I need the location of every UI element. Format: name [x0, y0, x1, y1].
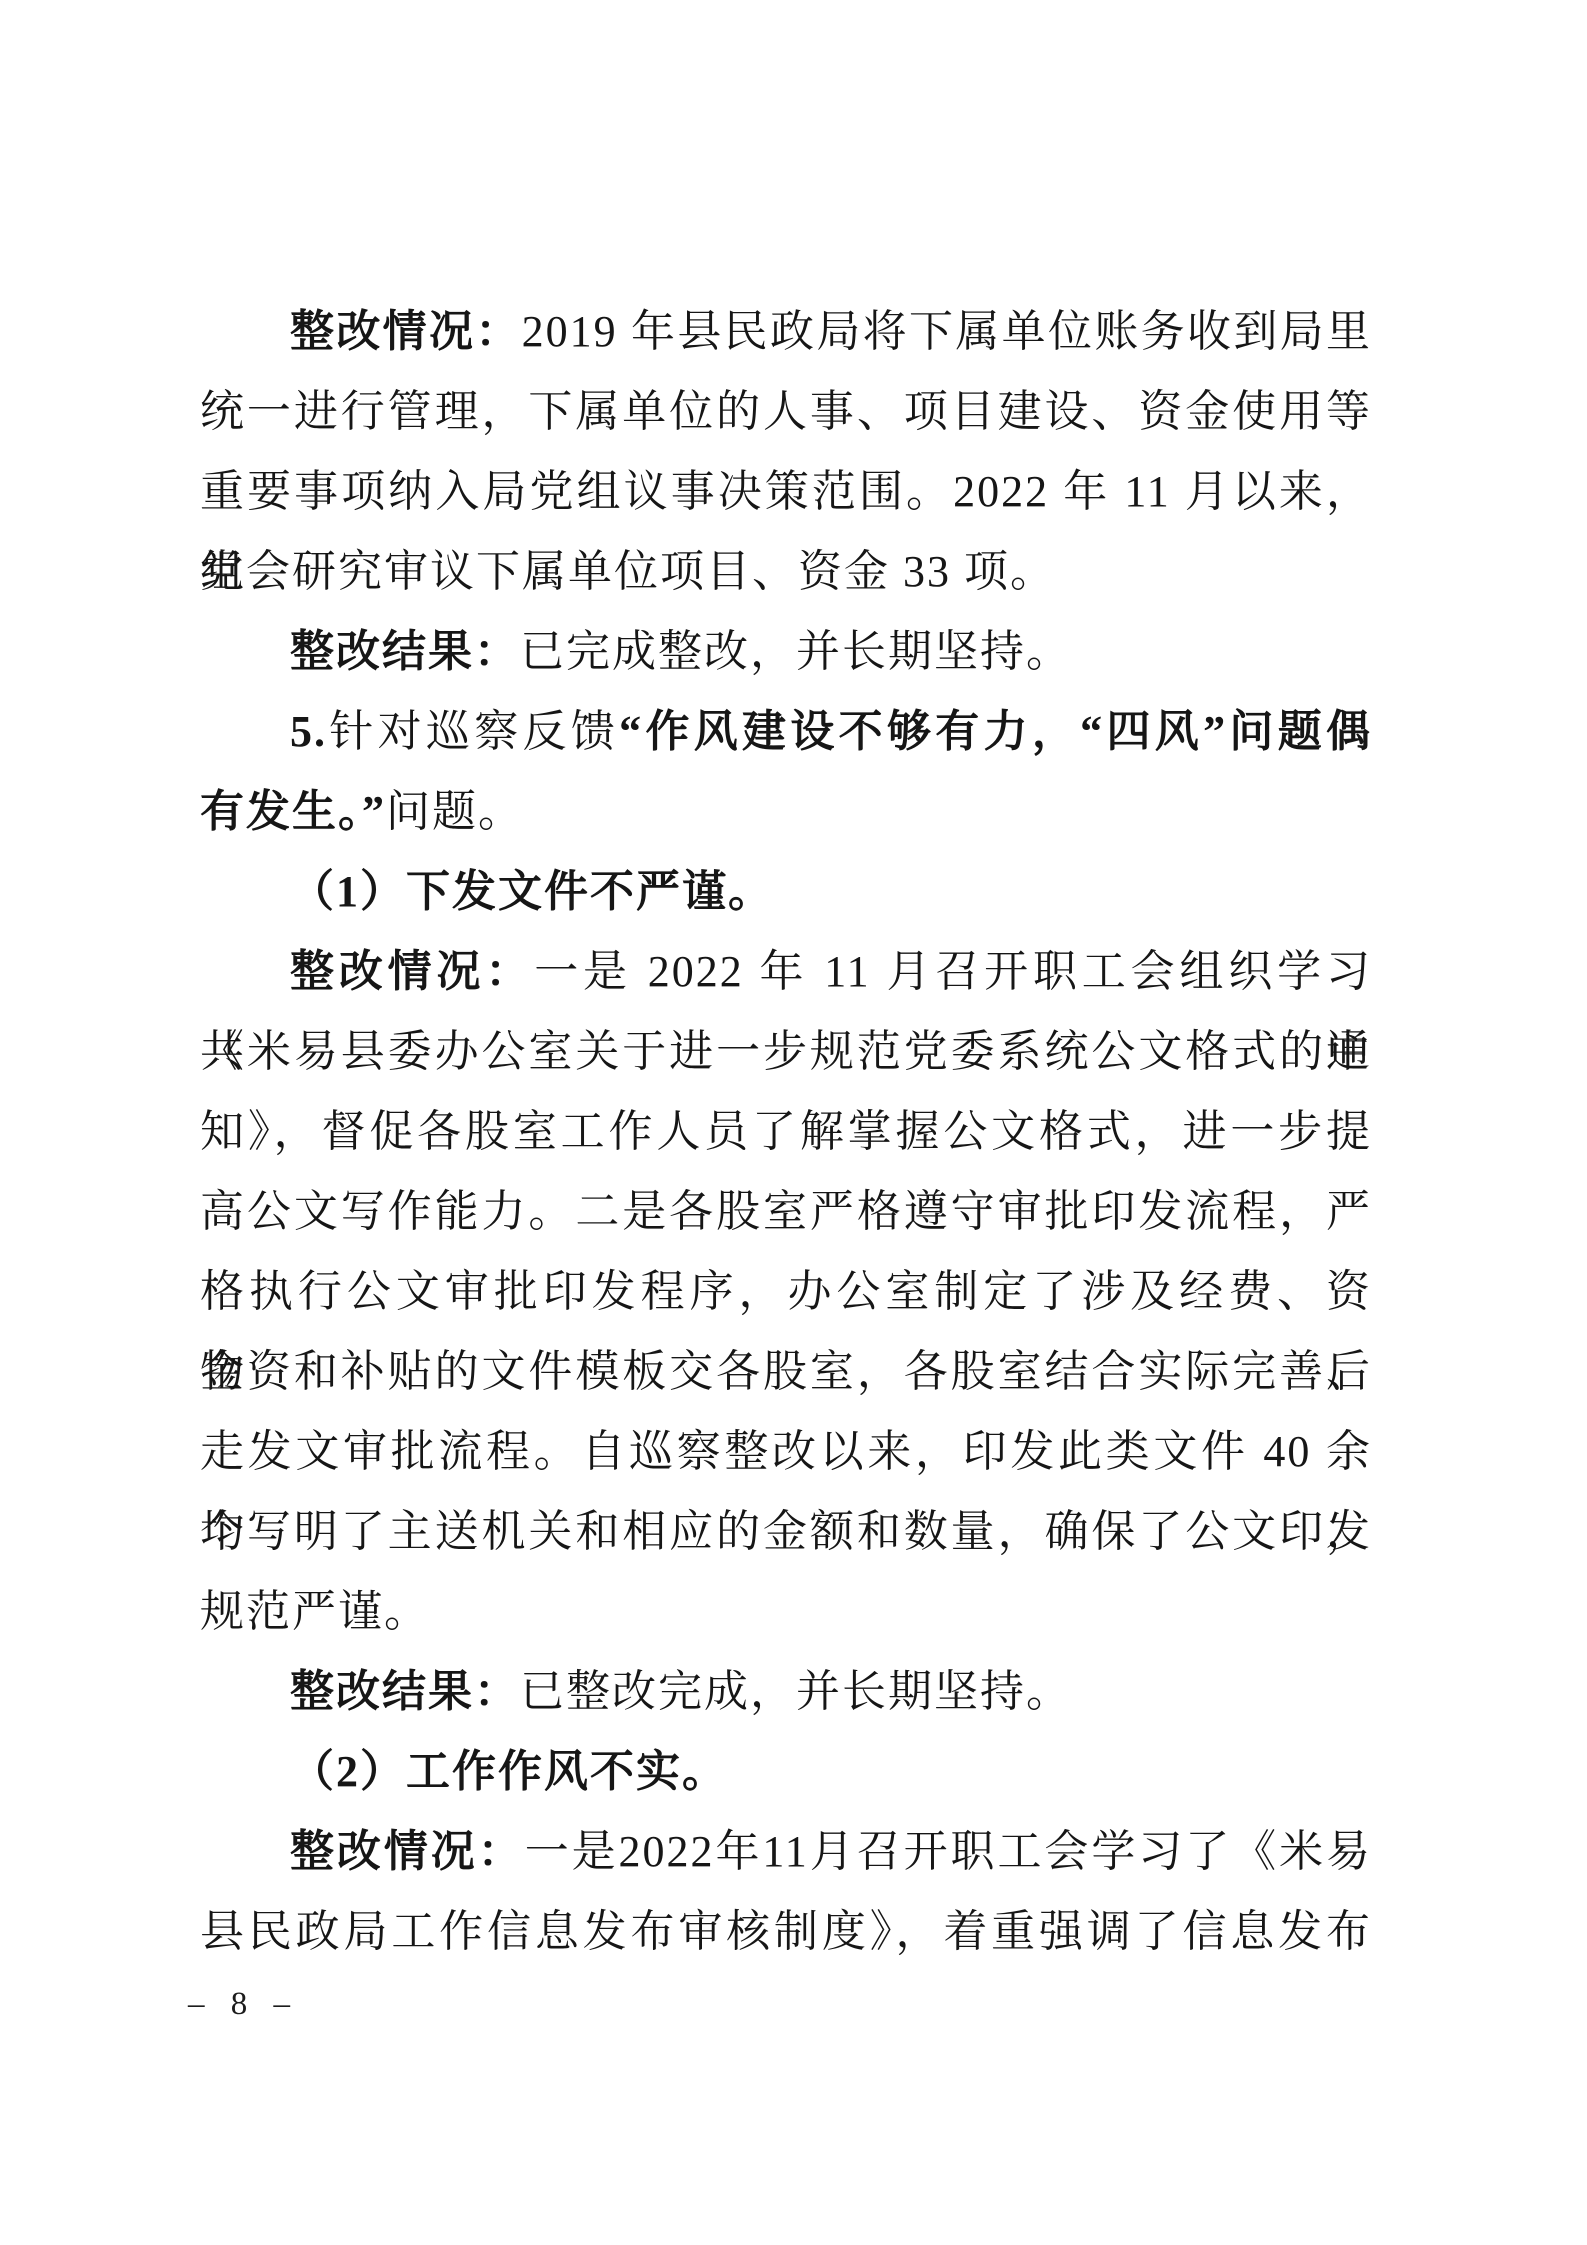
text-line: 组会研究审议下属单位项目、资金 33 项。	[200, 532, 1372, 612]
text-line: 重要事项纳入局党组议事决策范围。2022 年 11 月以来，党	[200, 452, 1372, 532]
body-text: 一是2022年11月召开职工会学习了《米易	[525, 1827, 1372, 1876]
text-line: 走发文审批流程。自巡察整改以来，印发此类文件 40 余个，	[200, 1412, 1372, 1492]
emphasis-text: 整改情况：	[290, 307, 522, 356]
text-line: （2）工作作风不实。	[200, 1732, 1372, 1812]
body-text: 高公文写作能力。二是各股室严格遵守审批印发流程，严	[200, 1187, 1372, 1236]
text-line: 5.针对巡察反馈“作风建设不够有力，“四风”问题偶	[200, 692, 1372, 772]
text-line: 县民政局工作信息发布审核制度》，着重强调了信息发布	[200, 1892, 1372, 1972]
body-text: 县民政局工作信息发布审核制度》，着重强调了信息发布	[200, 1907, 1372, 1956]
document-body: 整改情况：2019 年县民政局将下属单位账务收到局里统一进行管理，下属单位的人事…	[200, 292, 1372, 1972]
text-line: 整改情况：一是 2022 年 11 月召开职工会组织学习《中	[200, 932, 1372, 1012]
emphasis-text: （1）下发文件不严谨。	[290, 867, 774, 916]
body-text: 共米易县委办公室关于进一步规范党委系统公文格式的通	[200, 1027, 1372, 1076]
text-line: 均写明了主送机关和相应的金额和数量，确保了公文印发	[200, 1492, 1372, 1572]
body-text: 组会研究审议下属单位项目、资金 33 项。	[200, 547, 1056, 596]
text-line: 整改情况：一是2022年11月召开职工会学习了《米易	[200, 1812, 1372, 1892]
emphasis-text: 整改情况：	[290, 1827, 525, 1876]
body-text: 均写明了主送机关和相应的金额和数量，确保了公文印发	[200, 1507, 1372, 1556]
emphasis-text: 有发生。”	[200, 787, 386, 836]
text-line: 整改结果：已完成整改，并长期坚持。	[200, 612, 1372, 692]
text-line: （1）下发文件不严谨。	[200, 852, 1372, 932]
text-line: 共米易县委办公室关于进一步规范党委系统公文格式的通	[200, 1012, 1372, 1092]
text-line: 物资和补贴的文件模板交各股室，各股室结合实际完善后	[200, 1332, 1372, 1412]
body-text: 已整改完成，并长期坚持。	[520, 1667, 1072, 1716]
text-line: 规范严谨。	[200, 1572, 1372, 1652]
body-text: 物资和补贴的文件模板交各股室，各股室结合实际完善后	[200, 1347, 1372, 1396]
text-line: 高公文写作能力。二是各股室严格遵守审批印发流程，严	[200, 1172, 1372, 1252]
emphasis-text: （2）工作作风不实。	[290, 1747, 728, 1796]
body-text: 统一进行管理，下属单位的人事、项目建设、资金使用等	[200, 387, 1372, 436]
page-number: – 8 –	[188, 1986, 299, 2023]
emphasis-text: 整改情况：	[290, 947, 534, 996]
emphasis-text: 5.	[290, 707, 327, 756]
body-text: 已完成整改，并长期坚持。	[520, 627, 1072, 676]
body-text: 2019 年县民政局将下属单位账务收到局里	[522, 307, 1372, 356]
text-line: 格执行公文审批印发程序，办公室制定了涉及经费、资金、	[200, 1252, 1372, 1332]
document-page: 整改情况：2019 年县民政局将下属单位账务收到局里统一进行管理，下属单位的人事…	[0, 0, 1587, 2245]
text-line: 整改结果：已整改完成，并长期坚持。	[200, 1652, 1372, 1732]
body-text: 知》，督促各股室工作人员了解掌握公文格式，进一步提	[200, 1107, 1372, 1156]
text-line: 整改情况：2019 年县民政局将下属单位账务收到局里	[200, 292, 1372, 372]
body-text: 问题。	[386, 787, 524, 836]
body-text: 针对巡察反馈	[327, 707, 619, 756]
emphasis-text: 整改结果：	[290, 1667, 520, 1716]
emphasis-text: 整改结果：	[290, 627, 520, 676]
text-line: 有发生。”问题。	[200, 772, 1372, 852]
text-line: 统一进行管理，下属单位的人事、项目建设、资金使用等	[200, 372, 1372, 452]
emphasis-text: “作风建设不够有力，“四风”问题偶	[619, 707, 1372, 756]
body-text: 规范严谨。	[200, 1587, 430, 1636]
text-line: 知》，督促各股室工作人员了解掌握公文格式，进一步提	[200, 1092, 1372, 1172]
